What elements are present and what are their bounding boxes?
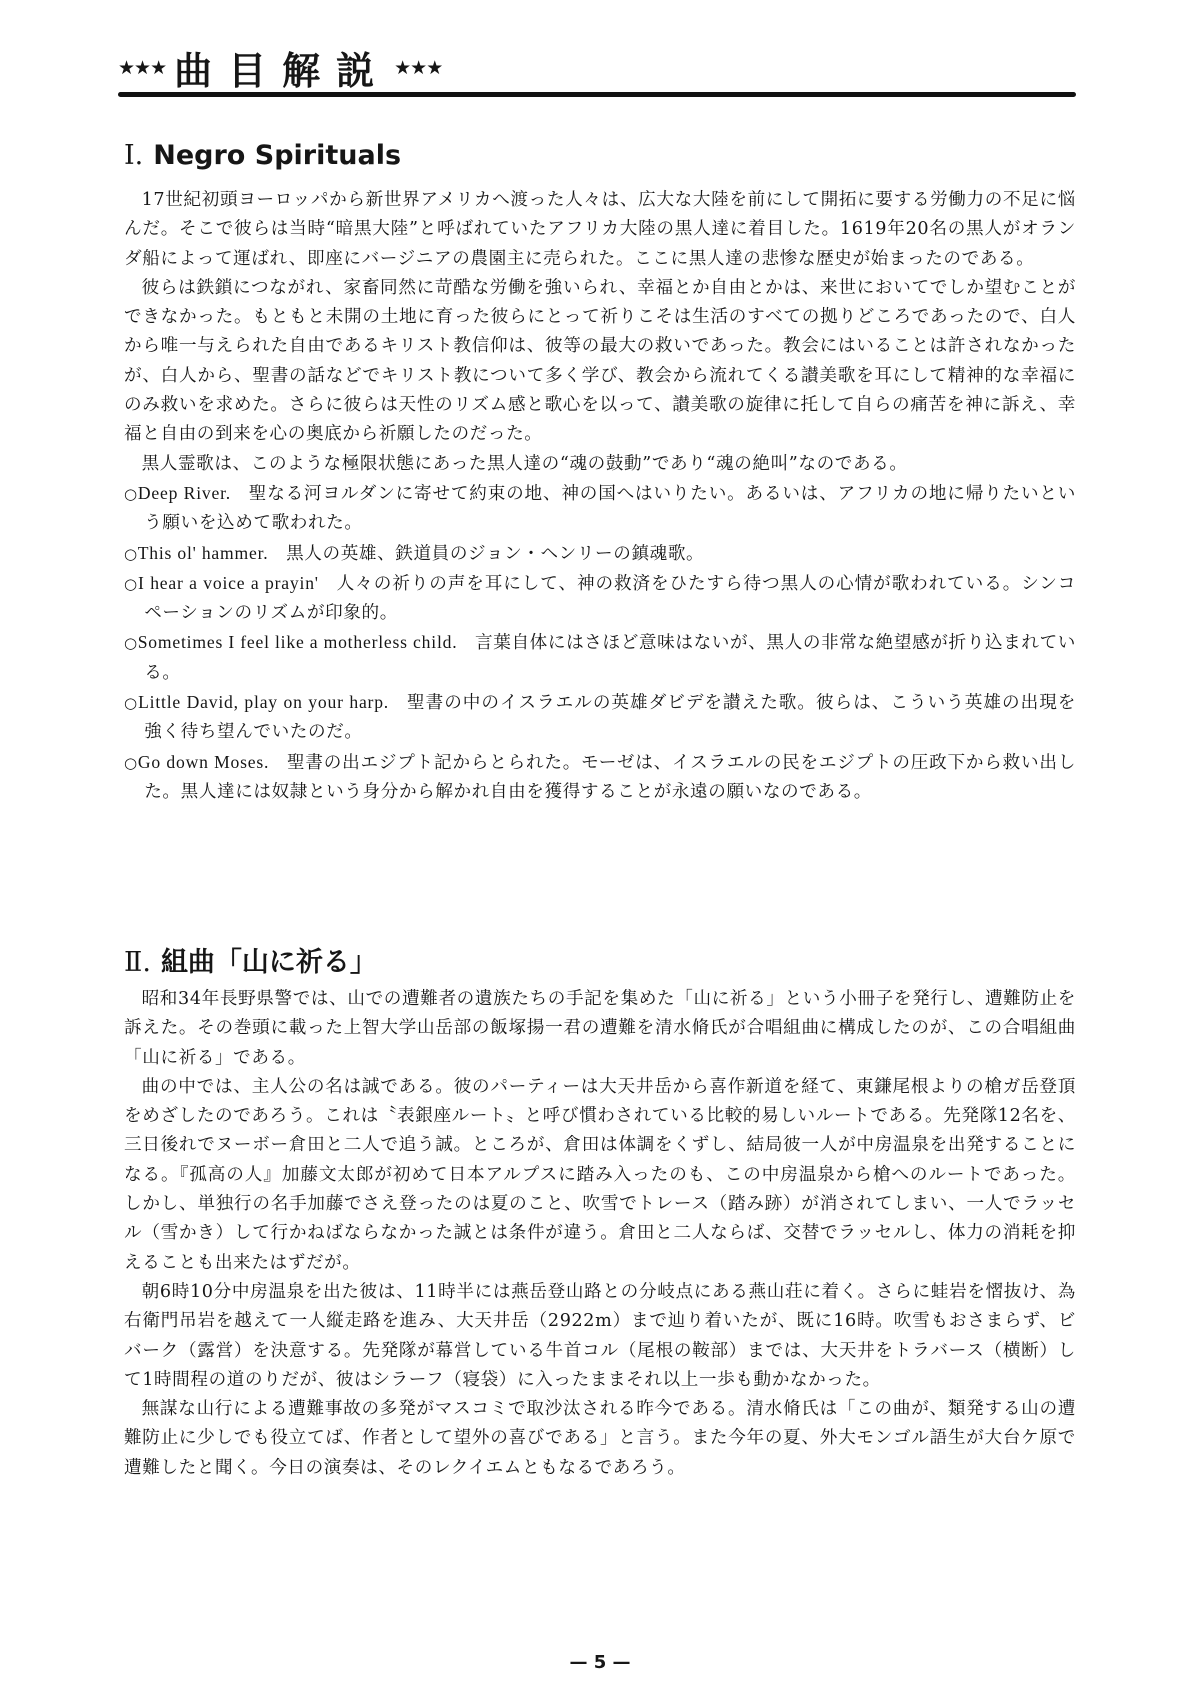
paragraph: 彼らは鉄鎖につながれ、家畜同然に苛酷な労働を強いられ、幸福とか自由とかは、来世に… — [124, 274, 1076, 450]
circle-bullet-icon: ○ — [124, 545, 138, 563]
song-title: Go down Moses. — [138, 752, 269, 772]
paragraph: 昭和34年長野県警では、山での遭難者の遺族たちの手記を集めた「山に祈る」という小… — [124, 985, 1076, 1073]
circle-bullet-icon: ○ — [124, 754, 138, 772]
song-description: 聖なる河ヨルダンに寄せて約束の地、神の国へはいりたい。あるいは、アフリカの地に帰… — [144, 484, 1076, 533]
song-title: Deep River. — [138, 483, 231, 503]
page-title: 曲目解説 — [174, 40, 390, 95]
circle-bullet-icon: ○ — [124, 634, 138, 652]
song-title: Sometimes I feel like a motherless child… — [138, 632, 458, 652]
circle-bullet-icon: ○ — [124, 694, 138, 712]
star-decoration-right: ★★★ — [394, 57, 442, 79]
circle-bullet-icon: ○ — [124, 575, 138, 593]
song-title: I hear a voice a prayin' — [138, 573, 319, 593]
song-title: This ol' hammer. — [138, 543, 269, 563]
section-1-title: Negro Spirituals — [153, 140, 401, 171]
song-item: ○This ol' hammer.黒人の英雄、鉄道員のジョン・ヘンリーの鎮魂歌。 — [124, 539, 1076, 569]
page-header: ★★★ 曲目解説 ★★★ — [118, 40, 442, 95]
song-description: 黒人の英雄、鉄道員のジョン・ヘンリーの鎮魂歌。 — [286, 544, 704, 564]
song-item: ○I hear a voice a prayin'人々の祈りの声を耳にして、神の… — [124, 569, 1076, 629]
paragraph: 曲の中では、主人公の名は誠である。彼のパーティーは大天井岳から喜作新道を経て、東… — [124, 1073, 1076, 1278]
section-2-number: Ⅱ. — [124, 947, 151, 978]
header-divider — [118, 92, 1076, 97]
song-item: ○Sometimes I feel like a motherless chil… — [124, 628, 1076, 688]
paragraph: 黒人霊歌は、このような極限状態にあった黒人達の“魂の鼓動”であり“魂の絶叫”なの… — [124, 450, 1076, 479]
section-1-number: Ⅰ. — [124, 140, 143, 171]
song-item: ○Little David, play on your harp.聖書の中のイス… — [124, 688, 1076, 748]
section-2-body: 昭和34年長野県警では、山での遭難者の遺族たちの手記を集めた「山に祈る」という小… — [124, 985, 1076, 1483]
paragraph: 無謀な山行による遭難事故の多発がマスコミで取沙汰される昨今である。清水脩氏は「こ… — [124, 1395, 1076, 1483]
song-item: ○Go down Moses.聖書の出エジプト記からとられた。モーゼは、イスラエ… — [124, 748, 1076, 808]
section-2-title: 組曲「山に祈る」 — [161, 947, 377, 978]
paragraph: 朝6時10分中房温泉を出た彼は、11時半には燕岳登山路との分岐点にある燕山荘に着… — [124, 1278, 1076, 1395]
section-1-heading: Ⅰ.Negro Spirituals — [124, 140, 401, 171]
page-number: — 5 — — [0, 1652, 1200, 1673]
circle-bullet-icon: ○ — [124, 485, 138, 503]
song-description: 聖書の出エジプト記からとられた。モーゼは、イスラエルの民をエジプトの圧政下から救… — [144, 753, 1076, 802]
section-1-body: 17世紀初頭ヨーロッパから新世界アメリカへ渡った人々は、広大な大陸を前にして開拓… — [124, 186, 1076, 807]
section-2-heading: Ⅱ.組曲「山に祈る」 — [124, 940, 377, 979]
paragraph: 17世紀初頭ヨーロッパから新世界アメリカへ渡った人々は、広大な大陸を前にして開拓… — [124, 186, 1076, 274]
song-title: Little David, play on your harp. — [138, 692, 389, 712]
star-decoration-left: ★★★ — [118, 57, 166, 79]
song-item: ○Deep River.聖なる河ヨルダンに寄せて約束の地、神の国へはいりたい。あ… — [124, 479, 1076, 539]
song-list: ○Deep River.聖なる河ヨルダンに寄せて約束の地、神の国へはいりたい。あ… — [124, 479, 1076, 807]
